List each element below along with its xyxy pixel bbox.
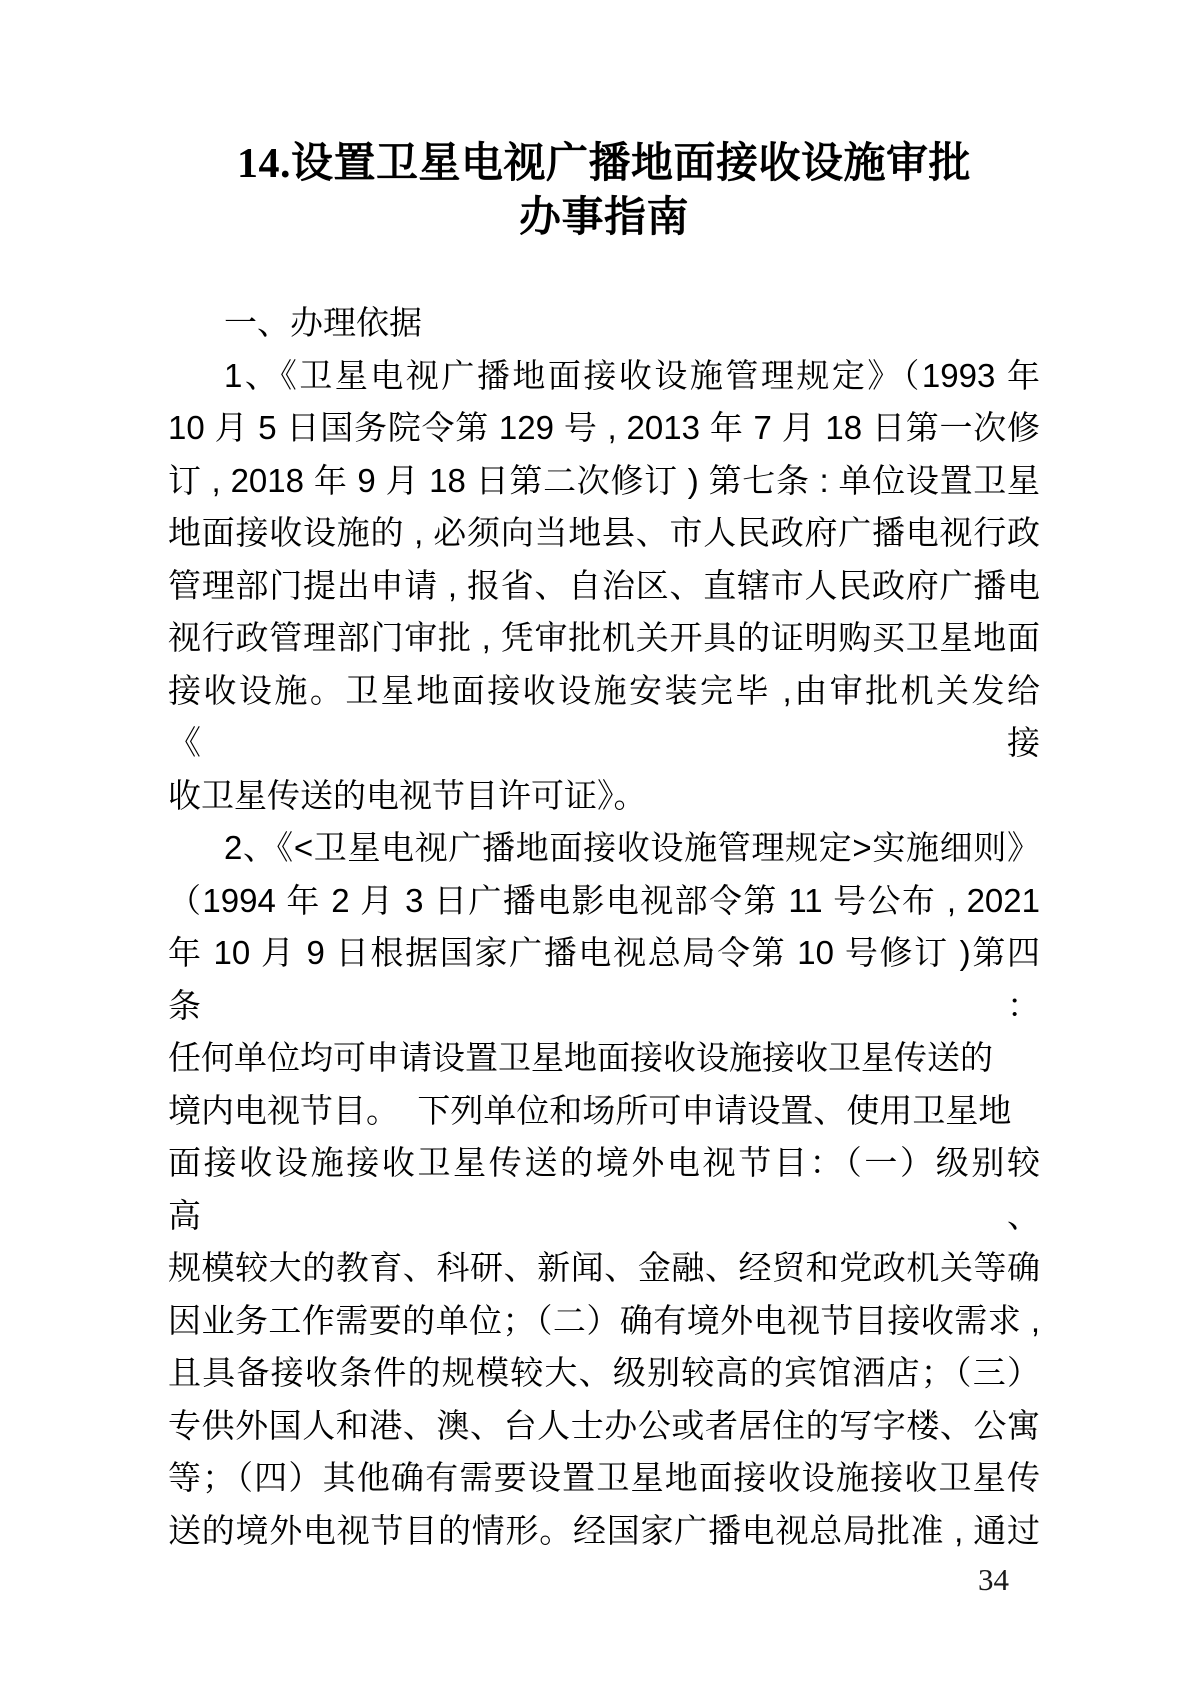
paragraph-2-line: 任何单位均可申请设置卫星地面接收设施接收卫星传送的 [168, 1032, 1040, 1085]
paragraph-2-line: 境内电视节目。 下列单位和场所可申请设置、使用卫星地 [168, 1085, 1040, 1138]
paragraph-1-line: 10 月 5 日国务院令第 129 号 , 2013 年 7 月 18 日第一次… [168, 402, 1040, 455]
paragraph-1-line: 收卫星传送的电视节目许可证》。 [168, 770, 1040, 823]
page-number: 34 [978, 1562, 1009, 1598]
document-body: 一、办理依据 1、《卫星电视广播地面接收设施管理规定》（1993 年 10 月 … [168, 297, 1040, 1557]
paragraph-2-line: 且具备接收条件的规模较大、级别较高的宾馆酒店；（三） [168, 1347, 1040, 1400]
paragraph-2-line: 2、《<卫星电视广播地面接收设施管理规定>实施细则》 [168, 822, 1040, 875]
paragraph-2-line: 专供外国人和港、澳、台人士办公或者居住的写字楼、公寓 [168, 1400, 1040, 1453]
document-page: 14.设置卫星电视广播地面接收设施审批 办事指南 一、办理依据 1、《卫星电视广… [168, 0, 1040, 1557]
paragraph-2-line: 年 10 月 9 日根据国家广播电视总局令第 10 号修订 )第四条： [168, 927, 1040, 1032]
paragraph-2-line: 等；（四）其他确有需要设置卫星地面接收设施接收卫星传 [168, 1452, 1040, 1505]
paragraph-1-line: 管理部门提出申请 , 报省、自治区、直辖市人民政府广播电 [168, 560, 1040, 613]
paragraph-2-line: （1994 年 2 月 3 日广播电影电视部令第 11 号公布 , 2021 [168, 875, 1040, 928]
paragraph-1-line: 接收设施。卫星地面接收设施安装完毕 ,由审批机关发给《接 [168, 665, 1040, 770]
title-line-1: 14.设置卫星电视广播地面接收设施审批 [168, 137, 1040, 191]
paragraph-1-line: 订 , 2018 年 9 月 18 日第二次修订 ) 第七条 : 单位设置卫星 [168, 455, 1040, 508]
paragraph-1-line: 视行政管理部门审批 , 凭审批机关开具的证明购买卫星地面 [168, 612, 1040, 665]
paragraph-1-line: 1、《卫星电视广播地面接收设施管理规定》（1993 年 [168, 350, 1040, 403]
paragraph-1-line: 地面接收设施的 , 必须向当地县、市人民政府广播电视行政 [168, 507, 1040, 560]
section-heading: 一、办理依据 [168, 297, 1040, 350]
paragraph-2-line: 送的境外电视节目的情形。经国家广播电视总局批准 , 通过 [168, 1505, 1040, 1558]
paragraph-2-line: 面接收设施接收卫星传送的境外电视节目：（一）级别较高、 [168, 1137, 1040, 1242]
document-title: 14.设置卫星电视广播地面接收设施审批 办事指南 [168, 137, 1040, 245]
title-line-2: 办事指南 [168, 191, 1040, 245]
paragraph-2-line: 规模较大的教育、科研、新闻、金融、经贸和党政机关等确 [168, 1242, 1040, 1295]
paragraph-2-line: 因业务工作需要的单位；（二）确有境外电视节目接收需求 , [168, 1295, 1040, 1348]
